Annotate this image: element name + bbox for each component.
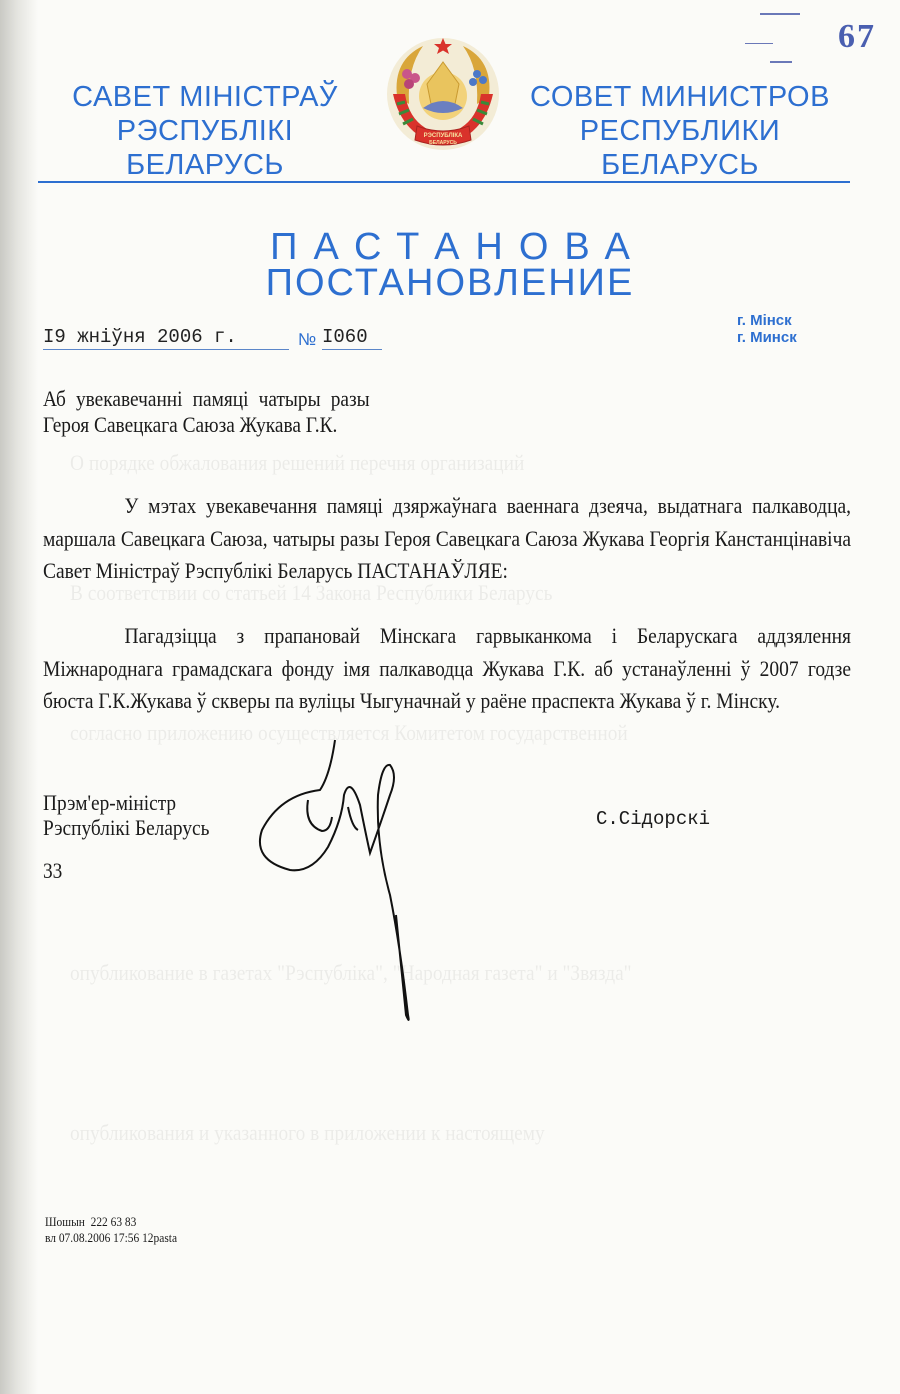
bleed-through-text: О порядке обжалования решений перечня ор… (70, 450, 524, 476)
footer-info: Шошын 222 63 83 вл 07.08.2006 17:56 12pa… (45, 1214, 177, 1246)
letterhead-by-line2: РЭСПУБЛІКІ БЕЛАРУСЬ (40, 114, 370, 182)
letterhead-ru-line1: СОВЕТ МИНИСТРОВ (500, 80, 860, 114)
page-edge-shadow (0, 0, 38, 1394)
letterhead-by-line1: САВЕТ МІНІСТРАЎ (40, 80, 370, 114)
letterhead-russian: СОВЕТ МИНИСТРОВ РЕСПУБЛИКИ БЕЛАРУСЬ (500, 80, 860, 182)
stamp-mark (745, 43, 773, 44)
letterhead-belarusian: САВЕТ МІНІСТРАЎ РЭСПУБЛІКІ БЕЛАРУСЬ (40, 80, 370, 182)
place-ru: г. Минск (737, 329, 797, 346)
place-by: г. Мінск (737, 312, 792, 329)
footer-contact: Шошын 222 63 83 (45, 1214, 177, 1230)
document-number: I060 (322, 326, 382, 350)
bleed-through-text: опубликования и указанного в приложении … (70, 1120, 545, 1146)
body-paragraph-2: Пагадзіцца з прапановай Мінскага гарвыка… (43, 620, 851, 718)
svg-text:БЕЛАРУСЬ: БЕЛАРУСЬ (429, 140, 457, 146)
number-sign: № (298, 330, 316, 350)
stamp-mark (760, 13, 800, 15)
signatory-title: Прэм'ер-міністр Рэспублікі Беларусь (43, 790, 209, 840)
letterhead-ru-line2: РЕСПУБЛИКИ БЕЛАРУСЬ (500, 114, 860, 182)
signatory-name: С.Сідорскі (596, 808, 710, 830)
subject-line-1: Аб увекавечанні памяці чатыры разы (43, 386, 536, 412)
handwritten-signature (240, 735, 440, 1025)
state-emblem-icon: РЭСПУБЛІКА БЕЛАРУСЬ (383, 34, 503, 154)
page-number: 67 (838, 18, 876, 56)
subject-line-2: Героя Савецкага Саюза Жукава Г.К. (43, 412, 536, 438)
document-date: I9 жніўня 2006 г. (43, 326, 289, 350)
signatory-title-line2: Рэспублікі Беларусь (43, 815, 209, 840)
document-code: 33 (43, 858, 62, 884)
document-type-ru: ПОСТАНОВЛЕНИЕ (0, 262, 900, 305)
stamp-mark (770, 61, 792, 63)
footer-file-stamp: вл 07.08.2006 17:56 12pasta (45, 1230, 177, 1246)
signatory-title-line1: Прэм'ер-міністр (43, 790, 209, 815)
document-subject: Аб увекавечанні памяці чатыры разы Героя… (43, 386, 536, 438)
svg-text:РЭСПУБЛІКА: РЭСПУБЛІКА (424, 133, 463, 139)
letterhead-divider (38, 181, 850, 183)
body-paragraph-1: У мэтах увекавечання памяці дзяржаўнага … (43, 490, 851, 588)
